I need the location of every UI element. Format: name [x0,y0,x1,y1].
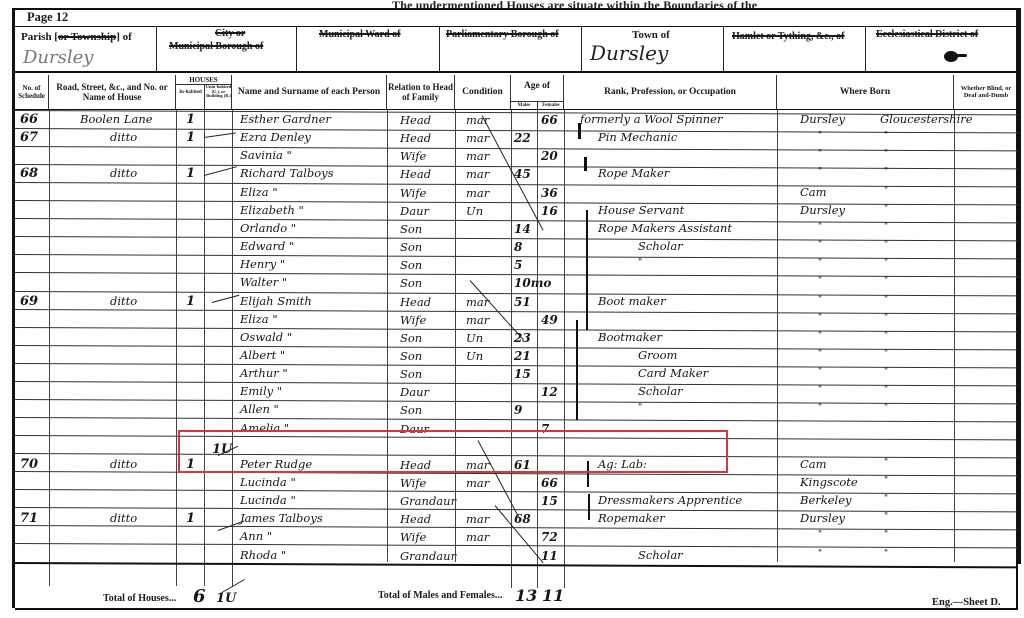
cell-occupation: Card Maker [638,368,708,380]
cell-relation: Head [400,297,431,309]
grid-v [176,110,177,586]
cell-female-age: 20 [541,150,558,162]
cell-name: James Talboys [240,513,323,525]
col-relation: Relation to Head of Family [387,75,455,110]
cell-born-place: " [818,314,822,323]
col-condition: Condition [455,75,511,110]
cell-occupation: Pin Mechanic [598,132,677,144]
cell-male-age: 14 [514,223,531,235]
city-borough-box: City or Municipal Borough of [157,27,297,73]
cell-name: Oswald " [240,332,292,344]
cell-name: Orlando " [240,223,296,235]
cell-born-county: " [884,386,888,395]
col-occupation: Rank, Profession, or Occupation [564,75,777,110]
cell-name: Peter Rudge [240,459,312,471]
cell-condition: mar [466,151,489,163]
cell-male-age: 9 [514,404,522,416]
cell-relation: Daur [400,424,429,436]
cell-born-place: Cam [800,459,827,471]
cell-born-county: " [884,277,888,286]
grid-v [511,110,512,588]
grid-v [564,110,565,588]
bracket [578,123,581,139]
grid-v [954,110,955,562]
cell-relation: Head [400,460,431,472]
cell-born-place: " [818,386,822,395]
cell-name: Amelia " [240,423,289,435]
cell-born-county: " [884,459,888,468]
cell-name: Arthur " [240,368,288,380]
cell-born-county: " [884,477,888,486]
ecclesiastical-label: Ecclesiastical District of [876,29,978,40]
cell-schedule: 67 [20,131,38,144]
town-label: Town of [632,29,670,41]
cell-occupation: Ag: Lab: [598,459,647,471]
total-houses-label: Total of Houses... [103,593,176,604]
cell-occupation: Ropemaker [598,513,665,525]
cell-relation: Son [400,224,422,236]
cell-occupation: Scholar [638,241,683,253]
cell-born-county: " [884,350,888,359]
cell-born-county: " [884,241,888,250]
cell-born-place: " [818,223,822,232]
cell-female-age: 66 [541,477,558,489]
houses-split [204,84,205,110]
cell-born-county: " [884,368,888,377]
cell-relation: Grandaur [400,496,456,508]
cell-condition: mar [466,514,489,526]
sheet-right-border [1018,8,1021,564]
grid-v [387,110,388,562]
cell-name: Albert " [240,350,285,362]
cell-born-place: " [818,332,822,341]
municipal-borough-label: Municipal Borough of [169,41,263,52]
grid-v [537,110,538,588]
cell-male-age: 5 [514,259,522,271]
cell-schedule: 71 [20,512,38,525]
cell-condition: mar [466,315,489,327]
cell-female-age: 12 [541,386,558,398]
cell-condition: Un [466,206,483,218]
city-label: City or [215,28,245,39]
cell-female-age: 16 [541,205,558,217]
page-label: Page 12 [27,10,68,25]
cell-relation: Head [400,115,431,127]
cell-born-county: " [884,205,888,214]
cell-road: ditto [110,168,137,180]
cell-occupation: Groom [638,350,677,362]
cell-name: Eliza " [240,314,278,326]
ecclesiastical-box: Ecclesiastical District of [866,27,1018,73]
cell-occupation: Rope Maker [598,168,669,180]
bracket [587,461,589,487]
cell-relation: Wife [400,151,426,163]
total-persons-label: Total of Males and Females... [378,590,502,601]
cell-female-age: 11 [541,550,558,562]
cell-male-age: 10mo [514,277,551,289]
cell-male-age: 22 [514,132,531,144]
col-males: Males [512,103,536,108]
col-inhabited: In-habited [177,90,204,95]
cell-male-age: 51 [514,296,531,308]
total-houses-inhabited: 6 [193,588,206,606]
bracket [588,494,590,520]
grid-v [204,110,205,586]
cell-schedule: 70 [20,458,38,471]
cell-born-county: " [884,187,888,196]
cell-born-place: Dursley [800,205,845,217]
cell-born-county: " [884,404,888,413]
cell-occupation: Scholar [638,550,683,562]
cell-occupation: House Servant [598,205,684,217]
cell-relation: Wife [400,532,426,544]
cell-female-age: 36 [541,187,558,199]
cell-born-place: " [818,550,822,559]
cell-relation: Head [400,169,431,181]
cell-born-county: Gloucestershire [880,114,973,126]
cell-condition: mar [466,532,489,544]
cell-inhabited: 1 [186,512,195,525]
cell-born-county: " [884,150,888,159]
cell-born-place: Cam [800,187,827,199]
cell-born-county: " [884,531,888,540]
col-uninhabited: Unin-habited (U.), or Building (B.) [205,85,232,99]
cell-relation: Daur [400,387,429,399]
cell-occupation: Dressmakers Apprentice [598,495,742,507]
age-split [537,101,538,110]
cell-name: Ann " [240,531,272,543]
cell-condition: Un [466,351,483,363]
cell-born-place: " [818,368,822,377]
cell-born-place: " [818,277,822,286]
cell-inhabited: 1 [186,131,195,144]
cell-born-place: " [818,150,822,159]
cell-name: Esther Gardner [240,114,331,126]
cell-inhabited: 1 [186,113,195,126]
cell-road: ditto [110,296,137,308]
cell-schedule: 69 [20,295,38,308]
cell-inhabited: 1 [186,458,195,471]
cell-born-place: " [818,350,822,359]
cell-born-place: " [818,296,822,305]
cell-condition: mar [466,188,489,200]
cell-born-place: Dursley [800,513,845,525]
cell-name: Eliza " [240,187,278,199]
cell-name: Savinia " [240,150,292,162]
col-name: Name and Surname of each Person [232,75,387,110]
cell-occupation: " [638,404,642,413]
cell-male-age: 61 [514,459,531,471]
cell-born-county: " [884,513,888,522]
cell-born-county: " [884,168,888,177]
parliamentary-borough-box: Parliamentary Borough of [440,27,582,73]
cell-schedule: 68 [20,167,38,180]
cell-relation: Son [400,351,422,363]
municipal-ward-label: Municipal Ward of [319,29,401,40]
cell-condition: mar [466,478,489,490]
cell-occupation: Bootmaker [598,332,662,344]
cell-relation: Son [400,278,422,290]
cell-relation: Son [400,242,422,254]
cell-name: Allen " [240,404,279,416]
cell-born-place: " [818,531,822,540]
cell-occupation: formerly a Wool Spinner [580,114,722,126]
cell-name: Rhoda " [240,550,286,562]
cell-born-county: " [884,550,888,559]
cell-relation: Son [400,260,422,272]
cell-female-age: 66 [541,114,558,126]
cell-female-age: 72 [541,531,558,543]
cell-born-county: " [884,296,888,305]
cell-born-county: " [884,259,888,268]
cell-male-age: 15 [514,368,531,380]
cell-born-place: " [818,259,822,268]
parliamentary-borough-label: Parliamentary Borough of [446,29,559,40]
cell-inhabited: 1 [186,167,195,180]
cell-name: Lucinda " [240,495,296,507]
cell-relation: Head [400,514,431,526]
col-females: Females [538,103,564,108]
footer-bottom-line [15,608,1018,610]
parish-value: Dursley [23,47,93,68]
cell-occupation: Rope Makers Assistant [598,223,732,235]
cell-male-age: 8 [514,241,522,253]
col-schedule: No. of Schedule [15,75,49,110]
bracket [584,157,587,171]
cell-relation: Wife [400,315,426,327]
cell-name: Emily " [240,386,282,398]
houses-label: HOUSES [189,76,217,84]
cell-road: ditto [110,513,137,525]
ink-blot-tail [955,54,967,57]
cell-name: Ezra Denley [240,132,311,144]
col-infirmity: Whether Blind, or Deaf and-Dumb [954,75,1018,110]
cell-name: Richard Talboys [240,168,334,180]
cell-born-county: " [884,314,888,323]
hamlet-box: Hamlet or Tything, &c., of [724,27,866,73]
col-where-born: Where Born [777,75,954,110]
cell-occupation: " [638,259,642,268]
cell-name: Elizabeth " [240,205,304,217]
cell-relation: Wife [400,478,426,490]
cell-born-county: " [884,332,888,341]
cell-relation: Wife [400,188,426,200]
cell-name: Henry " [240,259,285,271]
cell-relation: Son [400,369,422,381]
municipal-ward-box: Municipal Ward of [297,27,440,73]
total-houses-uninhabited: 1U [216,592,236,605]
cell-name: Edward " [240,241,294,253]
town-box: Town of Dursley [582,27,724,73]
grid-v [232,110,233,586]
cell-condition: mar [466,133,489,145]
cell-condition: Un [466,333,483,345]
cell-road: ditto [110,132,137,144]
bracket [576,320,578,420]
cell-relation: Son [400,333,422,345]
cell-name: Lucinda " [240,477,296,489]
cell-born-place: " [818,168,822,177]
parish-label: Parish [or Township] of [21,31,132,43]
cell-relation: Daur [400,206,429,218]
cell-road: ditto [110,459,137,471]
cell-condition: mar [466,169,489,181]
cell-inhabited: 1 [186,295,195,308]
cell-born-place: " [818,132,822,141]
cell-relation: Grandaur [400,551,456,563]
total-males: 13 [515,588,537,604]
cell-born-county: " [884,132,888,141]
total-females: 11 [542,588,564,604]
page-row: Page 12 [15,8,1018,27]
cell-female-age: 15 [541,495,558,507]
bracket [586,210,588,330]
grid-v [777,110,778,562]
cell-name: Elijah Smith [240,296,312,308]
cell-occupation: Scholar [638,386,683,398]
cell-road: Boolen Lane [80,114,153,126]
cell-born-place: Dursley [800,114,845,126]
cell-born-place: Kingscote [800,477,858,489]
cell-born-county: " [884,495,888,504]
cell-occupation: Boot maker [598,296,666,308]
cell-male-age: 21 [514,350,531,362]
parish-box: Parish [or Township] of Dursley [15,27,157,73]
cell-born-county: " [884,223,888,232]
cell-name: Walter " [240,277,287,289]
hamlet-label: Hamlet or Tything, &c., of [732,31,845,42]
cell-born-place: " [818,241,822,250]
town-value: Dursley [590,41,668,65]
cell-female-age: 49 [541,314,558,326]
col-road: Road, Street, &c., and No. or Name of Ho… [49,75,176,110]
cell-female-age: 7 [541,423,549,435]
cell-born-place: " [818,404,822,413]
cell-born-place: Berkeley [800,495,852,507]
cell-relation: Head [400,133,431,145]
sheet-id: Eng.—Sheet D. [932,597,1001,608]
cell-schedule: 66 [20,113,38,126]
cell-relation: Son [400,405,422,417]
cell-condition: mar [466,460,489,472]
